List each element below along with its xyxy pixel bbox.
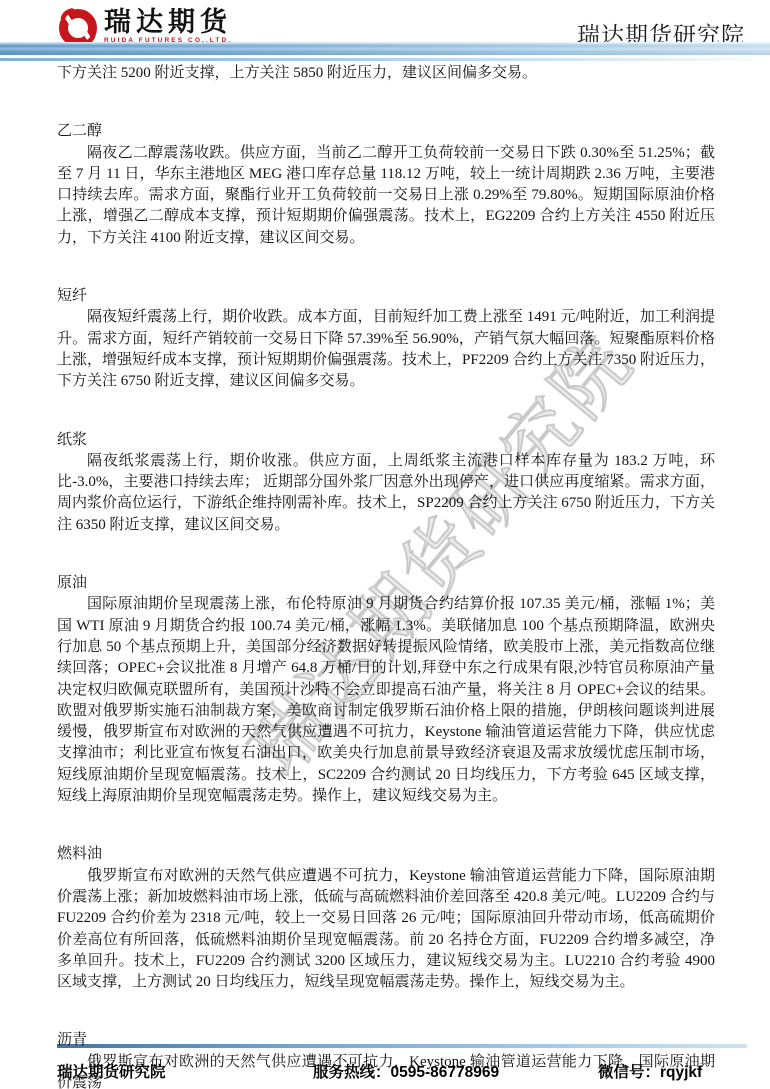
- commodity-section: 原油 国际原油期价呈现震荡上涨，布伦特原油 9 月期货合约结算价报 107.35…: [57, 573, 715, 807]
- section-heading: 沥青: [57, 1030, 715, 1051]
- brand-text: 瑞达期货 RUIDA FUTURES CO.,LTD.: [104, 4, 232, 45]
- section-paragraph: 俄罗斯宣布对欧洲的天然气供应遭遇不可抗力，Keystone 输油管道运营能力下降…: [57, 1052, 715, 1089]
- section-paragraph: 隔夜纸浆震荡上行，期价收涨。供应方面，上周纸浆主流港口样本库存量为 183.2 …: [57, 451, 715, 536]
- report-body: 下方关注 5200 附近支撑，上方关注 5850 附近压力，建议区间偏多交易。 …: [57, 63, 715, 1089]
- section-heading: 纸浆: [57, 430, 715, 451]
- sections-container: 乙二醇 隔夜乙二醇震荡收跌。供应方面，当前乙二醇开工负荷较前一交易日下跌 0.3…: [57, 121, 715, 1089]
- section-heading: 原油: [57, 573, 715, 594]
- section-heading: 燃料油: [57, 844, 715, 865]
- section-paragraph: 国际原油期价呈现震荡上涨，布伦特原油 9 月期货合约结算价报 107.35 美元…: [57, 594, 715, 807]
- commodity-section: 沥青 俄罗斯宣布对欧洲的天然气供应遭遇不可抗力，Keystone 输油管道运营能…: [57, 1030, 715, 1089]
- commodity-section: 短纤 隔夜短纤震荡上行，期价收跌。成本方面，目前短纤加工费上涨至 1491 元/…: [57, 286, 715, 392]
- commodity-section: 燃料油 俄罗斯宣布对欧洲的天然气供应遭遇不可抗力，Keystone 输油管道运营…: [57, 844, 715, 993]
- section-heading: 短纤: [57, 286, 715, 307]
- report-page: 瑞达期货 RUIDA FUTURES CO.,LTD. 瑞达期货研究院 瑞达期货…: [0, 0, 770, 1089]
- intro-line: 下方关注 5200 附近支撑，上方关注 5850 附近压力，建议区间偏多交易。: [57, 63, 715, 84]
- commodity-section: 纸浆 隔夜纸浆震荡上行，期价收涨。供应方面，上周纸浆主流港口样本库存量为 183…: [57, 430, 715, 536]
- commodity-section: 乙二醇 隔夜乙二醇震荡收跌。供应方面，当前乙二醇开工负荷较前一交易日下跌 0.3…: [57, 121, 715, 249]
- header-rule: [0, 58, 770, 61]
- page-header: 瑞达期货 RUIDA FUTURES CO.,LTD. 瑞达期货研究院: [0, 0, 770, 62]
- section-paragraph: 俄罗斯宣布对欧洲的天然气供应遭遇不可抗力，Keystone 输油管道运营能力下降…: [57, 866, 715, 994]
- brand-name-cn: 瑞达期货: [104, 7, 232, 37]
- section-heading: 乙二醇: [57, 121, 715, 142]
- header-band: [0, 42, 770, 55]
- section-paragraph: 隔夜短纤震荡上行，期价收跌。成本方面，目前短纤加工费上涨至 1491 元/吨附近…: [57, 307, 715, 392]
- section-paragraph: 隔夜乙二醇震荡收跌。供应方面，当前乙二醇开工负荷较前一交易日下跌 0.30%至 …: [57, 143, 715, 249]
